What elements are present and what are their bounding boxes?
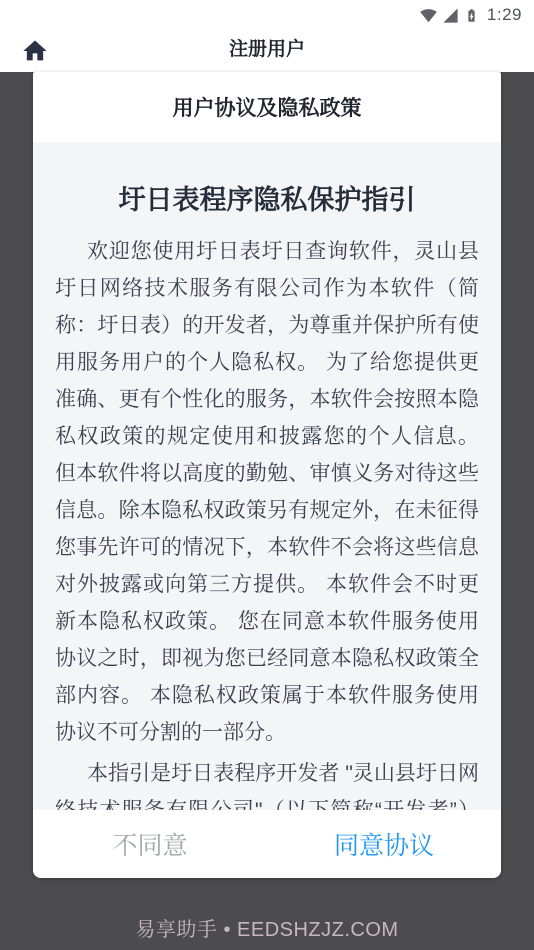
disagree-button[interactable]: 不同意 [102, 820, 197, 868]
cellular-signal-icon [442, 7, 459, 24]
status-time: 1:29 [487, 5, 522, 25]
status-bar: 1:29 [0, 0, 534, 30]
brand-text: 易享助手 • EEDSHZJZ.COM [135, 913, 398, 942]
app-bar: 注册用户 [0, 30, 534, 72]
screen: 1:29 注册用户 用户协议及隐私政策 圩日表程序隐私保护指引 欢迎您使用圩日表… [0, 0, 534, 950]
dialog-title: 用户协议及隐私政策 [173, 92, 362, 122]
brand-bar: 易享助手 • EEDSHZJZ.COM [0, 904, 534, 950]
policy-title: 圩日表程序隐私保护指引 [55, 178, 479, 217]
dialog-footer: 不同意 同意协议 [33, 810, 501, 878]
modal-scrim: 用户协议及隐私政策 圩日表程序隐私保护指引 欢迎您使用圩日表圩日查询软件，灵山县… [0, 72, 534, 950]
agree-button[interactable]: 同意协议 [324, 820, 444, 868]
disagree-area: 不同意 [33, 810, 267, 878]
policy-paragraph: 本指引是圩日表程序开发者 "灵山县圩日网络技术服务有限公司"（以下简称“开发者”… [55, 755, 479, 810]
agree-area: 同意协议 [267, 810, 501, 878]
wifi-icon [420, 7, 437, 24]
policy-paragraph: 欢迎您使用圩日表圩日查询软件，灵山县圩日网络技术服务有限公司作为本软件（简称：圩… [55, 233, 479, 751]
dialog-scroll-content[interactable]: 圩日表程序隐私保护指引 欢迎您使用圩日表圩日查询软件，灵山县圩日网络技术服务有限… [33, 142, 501, 810]
privacy-dialog: 用户协议及隐私政策 圩日表程序隐私保护指引 欢迎您使用圩日表圩日查询软件，灵山县… [33, 72, 501, 878]
page-title: 注册用户 [0, 30, 534, 72]
battery-charging-icon [464, 7, 479, 24]
dialog-header: 用户协议及隐私政策 [33, 72, 501, 142]
